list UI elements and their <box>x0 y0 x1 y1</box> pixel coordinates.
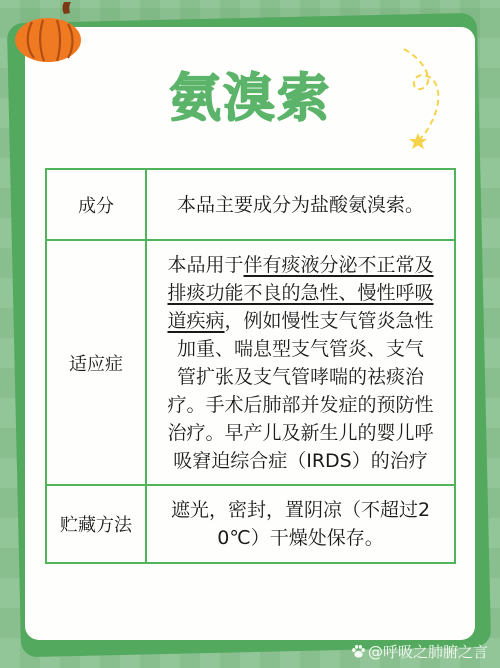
table-row: 适应症 本品用于伴有痰液分泌不正常及 排痰功能不良的急性、慢性呼吸 道疾病，例如… <box>46 240 455 485</box>
text-line: 道疾病，例如慢性支气管炎急性 <box>153 307 448 335</box>
row-value: 遮光，密封，置阴凉（不超过2 0℃）干燥处保存。 <box>146 485 455 563</box>
underlined-text: 排痰功能不良的急性、慢性呼吸 <box>167 282 433 304</box>
watermark-text: @呼吸之肺腑之言 <box>368 641 488 662</box>
row-label: 贮藏方法 <box>46 485 146 563</box>
watermark: @呼吸之肺腑之言 <box>351 641 488 662</box>
row-label: 成分 <box>46 169 146 240</box>
text-line: 加重、喘息型支气管炎、支气 <box>153 335 448 363</box>
text-segment: ，例如慢性支气管炎急性 <box>225 310 434 332</box>
row-value: 本品用于伴有痰液分泌不正常及 排痰功能不良的急性、慢性呼吸 道疾病，例如慢性支气… <box>146 240 455 485</box>
table-row: 贮藏方法 遮光，密封，置阴凉（不超过2 0℃）干燥处保存。 <box>46 485 455 563</box>
underlined-text: 伴有痰液分泌不正常及 <box>244 254 434 276</box>
star-icon <box>400 45 450 155</box>
drug-info-table: 成分 本品主要成分为盐酸氨溴索。 适应症 本品用于伴有痰液分泌不正常及 排痰功能… <box>45 168 456 564</box>
text-line: 排痰功能不良的急性、慢性呼吸 <box>153 279 448 307</box>
underlined-text: 道疾病 <box>167 310 224 332</box>
text-line: 管扩张及支气管哮喘的祛痰治 <box>153 363 448 391</box>
table-row: 成分 本品主要成分为盐酸氨溴索。 <box>46 169 455 240</box>
row-label: 适应症 <box>46 240 146 485</box>
text-segment: 本品用于 <box>167 254 243 276</box>
text-line: 疗。手术后肺部并发症的预防性 <box>153 391 448 419</box>
text-line: 0℃）干燥处保存。 <box>153 524 448 552</box>
text-line: 遮光，密封，置阴凉（不超过2 <box>153 496 448 524</box>
row-value: 本品主要成分为盐酸氨溴索。 <box>146 169 455 240</box>
baidu-paw-icon <box>351 644 366 659</box>
text-line: 治疗。早产儿及新生儿的婴儿呼 <box>153 419 448 447</box>
text-line: 吸窘迫综合症（IRDS）的治疗 <box>153 447 448 475</box>
text-line: 本品用于伴有痰液分泌不正常及 <box>153 251 448 279</box>
